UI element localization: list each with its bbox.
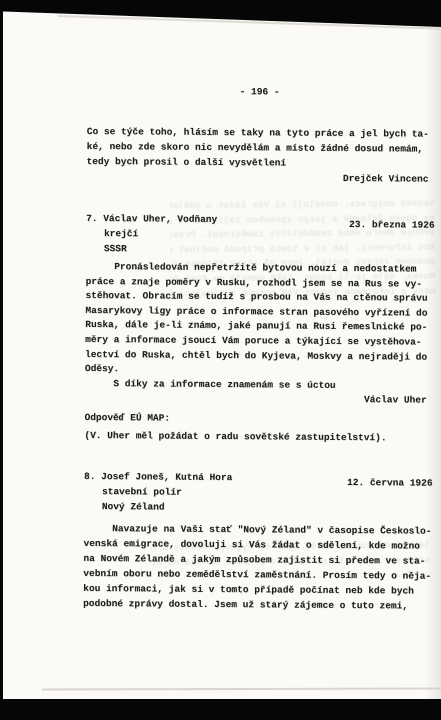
letter8-date: 12. června 1926	[347, 477, 441, 489]
letter7-heading: 7. Václav Uher, Vodňany krejčí SSSR	[86, 211, 431, 259]
letter7-date: 23. března 1926	[349, 219, 441, 231]
reply-note: (V. Uher měl požádat o radu sovětské zas…	[84, 426, 429, 446]
scan-left-border	[0, 0, 3, 720]
reply-label: Odpověď EÚ MAP:	[84, 409, 429, 429]
page-content: - 196 - Co se týče toho, hlásím se taky …	[0, 0, 441, 720]
body-line: lectví do Ruska, chtěl bych do Kyjeva, M…	[85, 348, 430, 365]
letter7-country: SSSR	[86, 241, 431, 259]
letter7-office-reply: Odpověď EÚ MAP: (V. Uher měl požádat o r…	[84, 409, 429, 447]
body-line: podobné zprávy dostal. Jsem už starý záj…	[83, 596, 428, 614]
body-line: tedy bych prosil o další vysvětlení	[86, 154, 431, 172]
intro-letter-body: Co se týče toho, hlásím se taky na tyto …	[86, 124, 431, 172]
letter8-country: Nový Zéland	[84, 499, 429, 517]
page-number: - 196 -	[87, 85, 432, 99]
letter7-signature: Václav Uher	[85, 391, 427, 408]
letter8-heading: 8. Josef Joneš, Kutná Hora stavební polí…	[84, 469, 429, 517]
scan-bottom-border	[0, 699, 441, 720]
intro-letter-signature: Drejček Vincenc	[86, 171, 428, 185]
letter7-body: Pronásledován nepřetržitě bytovou nouzí …	[85, 260, 431, 409]
letter8-body: Navazuje na Vaši stať "Nový Zéland" v ča…	[83, 521, 429, 614]
